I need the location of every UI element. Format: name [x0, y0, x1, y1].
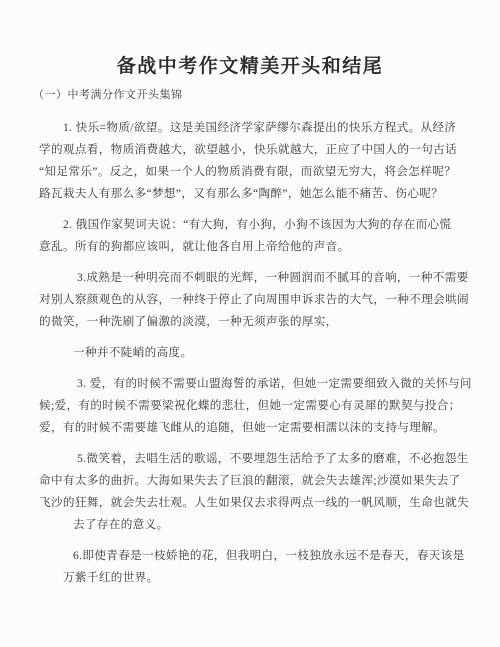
text-line: 2. 俄国作家契诃夫说：“有大狗，有小狗，小狗不该因为大狗的存在而心慌: [39, 214, 464, 236]
text-line: 候;爱，有的时候不需要梁祝化蝶的悲壮，但她一定需要心有灵犀的默契与投合；: [39, 395, 464, 417]
paragraph-2: 2. 俄国作家契诃夫说：“有大狗，有小狗，小狗不该因为大狗的存在而心慌 意乱。所…: [39, 214, 464, 258]
text-line: 的微笑，一种洗刷了偏激的淡漠，一种无须声张的厚实，: [39, 311, 464, 333]
text-line: 命中有太多的曲折。大海如果失去了巨浪的翻滚，就会失去雄浑;沙漠如果失去了: [39, 470, 464, 492]
text-line: 学的观点看，物质消费越大，欲望越小，快乐就越大，正应了中国人的一句古话: [39, 139, 464, 161]
text-line: 万紫千红的世界。: [39, 567, 464, 589]
document-body: 1. 快乐=物质/欲望。这是美国经济学家萨缪尔森提出的快乐方程式。从经济 学的观…: [39, 117, 464, 589]
text-line: 一种并不陡峭的高度。: [39, 342, 464, 364]
paragraph-1: 1. 快乐=物质/欲望。这是美国经济学家萨缪尔森提出的快乐方程式。从经济 学的观…: [39, 117, 464, 205]
paragraph-4: 一种并不陡峭的高度。: [39, 342, 464, 364]
document-title: 备战中考作文精美开头和结尾: [0, 0, 500, 80]
paragraph-5: 3. 爱，有的时候不需要山盟海誓的承诺，但她一定需要细致入微的关怀与问 候;爱，…: [39, 373, 464, 439]
text-line: 3. 爱，有的时候不需要山盟海誓的承诺，但她一定需要细致入微的关怀与问: [39, 373, 464, 395]
text-line: 1. 快乐=物质/欲望。这是美国经济学家萨缪尔森提出的快乐方程式。从经济: [39, 117, 464, 139]
text-line: 爱，有的时候不需要雄飞雌从的追随，但她一定需要相濡以沫的支持与理解。: [39, 417, 464, 439]
section-heading: （一）中考满分作文开头集锦: [33, 88, 500, 103]
paragraph-6: 5.微笑着，去唱生活的歌谣，不要埋怨生活给予了太多的磨难，不必抱怨生 命中有太多…: [39, 448, 464, 536]
document-page: 备战中考作文精美开头和结尾 （一）中考满分作文开头集锦 1. 快乐=物质/欲望。…: [0, 0, 500, 647]
text-line: 去了存在的意义。: [39, 514, 464, 536]
text-line: 对别人察颜观色的从容，一种终于停止了向周围申诉求告的大气，一种不理会哄闹: [39, 289, 464, 311]
paragraph-3: 3.成熟是一种明亮而不刺眼的光辉，一种圆润而不腻耳的音响，一种不需要 对别人察颜…: [39, 267, 464, 333]
text-line: 6.即使青春是一枝娇艳的花，但我明白，一枝独放永远不是春天，春天该是: [39, 545, 464, 567]
text-line: “知足常乐”。反之，如果一个人的物质消费有限，而欲望无穷大，将会怎样呢？: [39, 161, 464, 183]
text-line: 意乱。所有的狗都应该叫，就让他各自用上帝给他的声音。: [39, 236, 464, 258]
text-line: 路瓦栽夫人有那么多“梦想”，又有那么多“陶醉”，她怎么能不痛苦、伤心呢？: [39, 183, 464, 205]
paragraph-7: 6.即使青春是一枝娇艳的花，但我明白，一枝独放永远不是春天，春天该是 万紫千红的…: [39, 545, 464, 589]
text-line: 3.成熟是一种明亮而不刺眼的光辉，一种圆润而不腻耳的音响，一种不需要: [39, 267, 464, 289]
text-line: 飞沙的狂舞，就会失去壮观。人生如果仅去求得两点一线的一帆风顺，生命也就失: [39, 492, 464, 514]
text-line: 5.微笑着，去唱生活的歌谣，不要埋怨生活给予了太多的磨难，不必抱怨生: [39, 448, 464, 470]
